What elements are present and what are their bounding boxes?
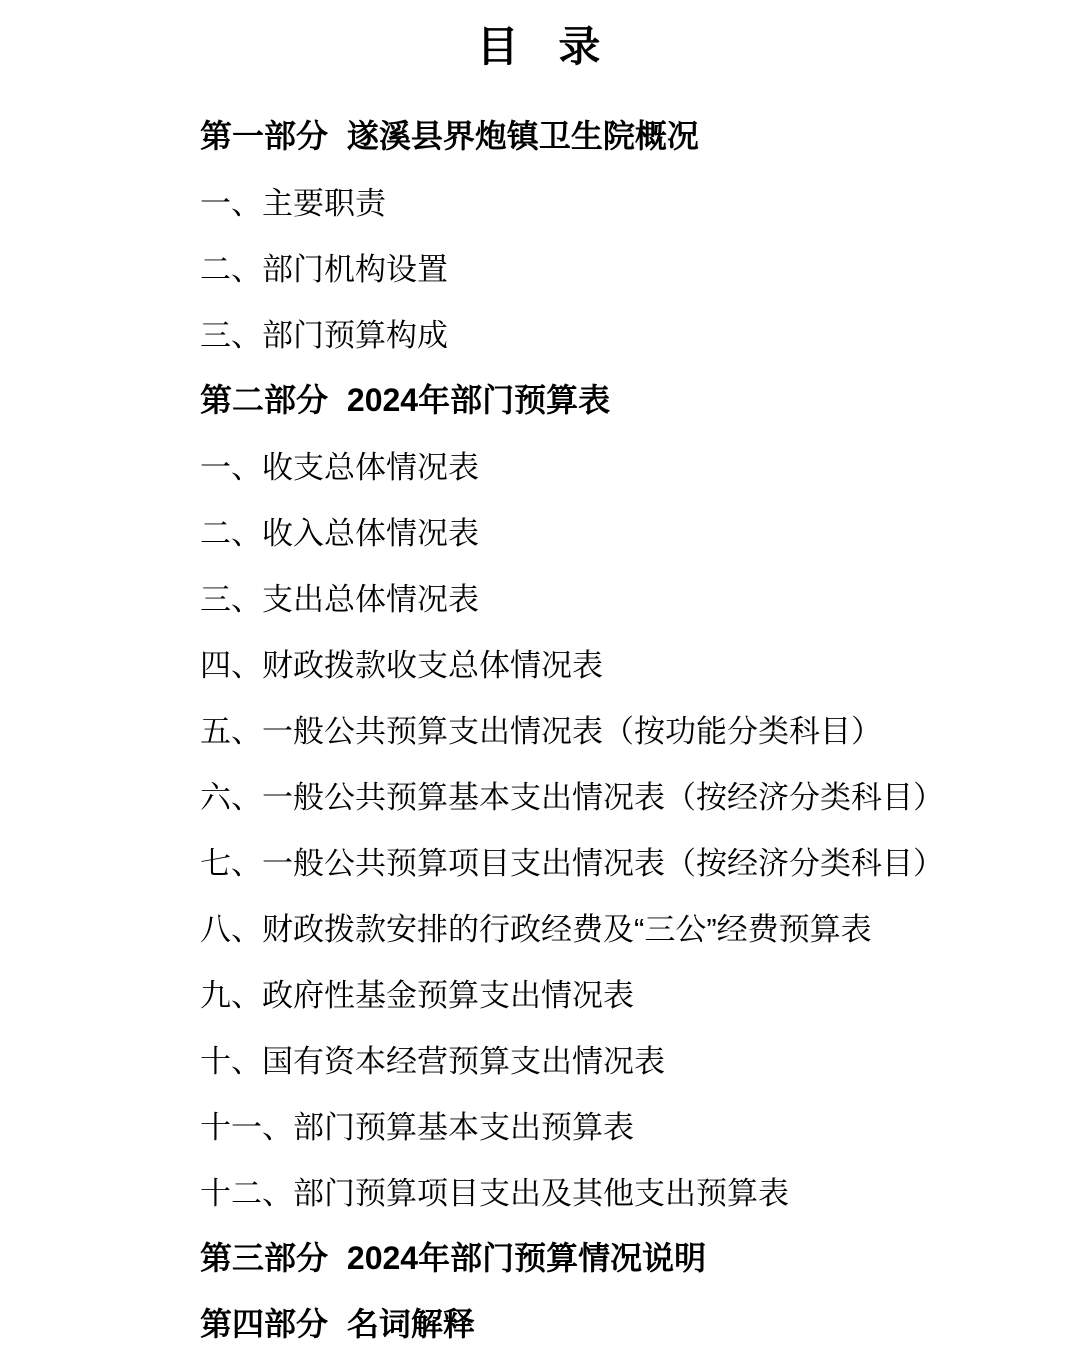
toc-item: 十二、部门预算项目支出及其他支出预算表 — [200, 1157, 1019, 1223]
toc-item: 二、收入总体情况表 — [200, 497, 1019, 563]
toc-item: 三、支出总体情况表 — [200, 563, 1019, 629]
toc-item: 九、政府性基金预算支出情况表 — [200, 959, 1019, 1025]
toc-section-heading: 第二部分 2024年部门预算表 — [200, 365, 1019, 431]
toc-item: 一、主要职责 — [200, 167, 1019, 233]
toc-item: 十、国有资本经营预算支出情况表 — [200, 1025, 1019, 1091]
toc-item: 一、收支总体情况表 — [200, 431, 1019, 497]
toc-item: 七、一般公共预算项目支出情况表（按经济分类科目） — [200, 827, 1019, 893]
toc-item: 五、一般公共预算支出情况表（按功能分类科目） — [200, 695, 1019, 761]
toc-section-heading: 第三部分 2024年部门预算情况说明 — [200, 1223, 1019, 1289]
toc-section-heading: 第四部分 名词解释 — [200, 1289, 1019, 1355]
toc-item: 十一、部门预算基本支出预算表 — [200, 1091, 1019, 1157]
toc-item: 四、财政拨款收支总体情况表 — [200, 629, 1019, 695]
toc-item: 二、部门机构设置 — [200, 233, 1019, 299]
toc-item: 三、部门预算构成 — [200, 299, 1019, 365]
toc-item: 六、一般公共预算基本支出情况表（按经济分类科目） — [200, 761, 1019, 827]
toc-item: 八、财政拨款安排的行政经费及“三公”经费预算表 — [200, 893, 1019, 959]
page-title: 目 录 — [0, 26, 1079, 68]
document-page: 目 录 第一部分 遂溪县界炮镇卫生院概况一、主要职责二、部门机构设置三、部门预算… — [0, 0, 1079, 1371]
toc-section-heading: 第一部分 遂溪县界炮镇卫生院概况 — [200, 101, 1019, 167]
table-of-contents: 第一部分 遂溪县界炮镇卫生院概况一、主要职责二、部门机构设置三、部门预算构成第二… — [200, 101, 1019, 1355]
